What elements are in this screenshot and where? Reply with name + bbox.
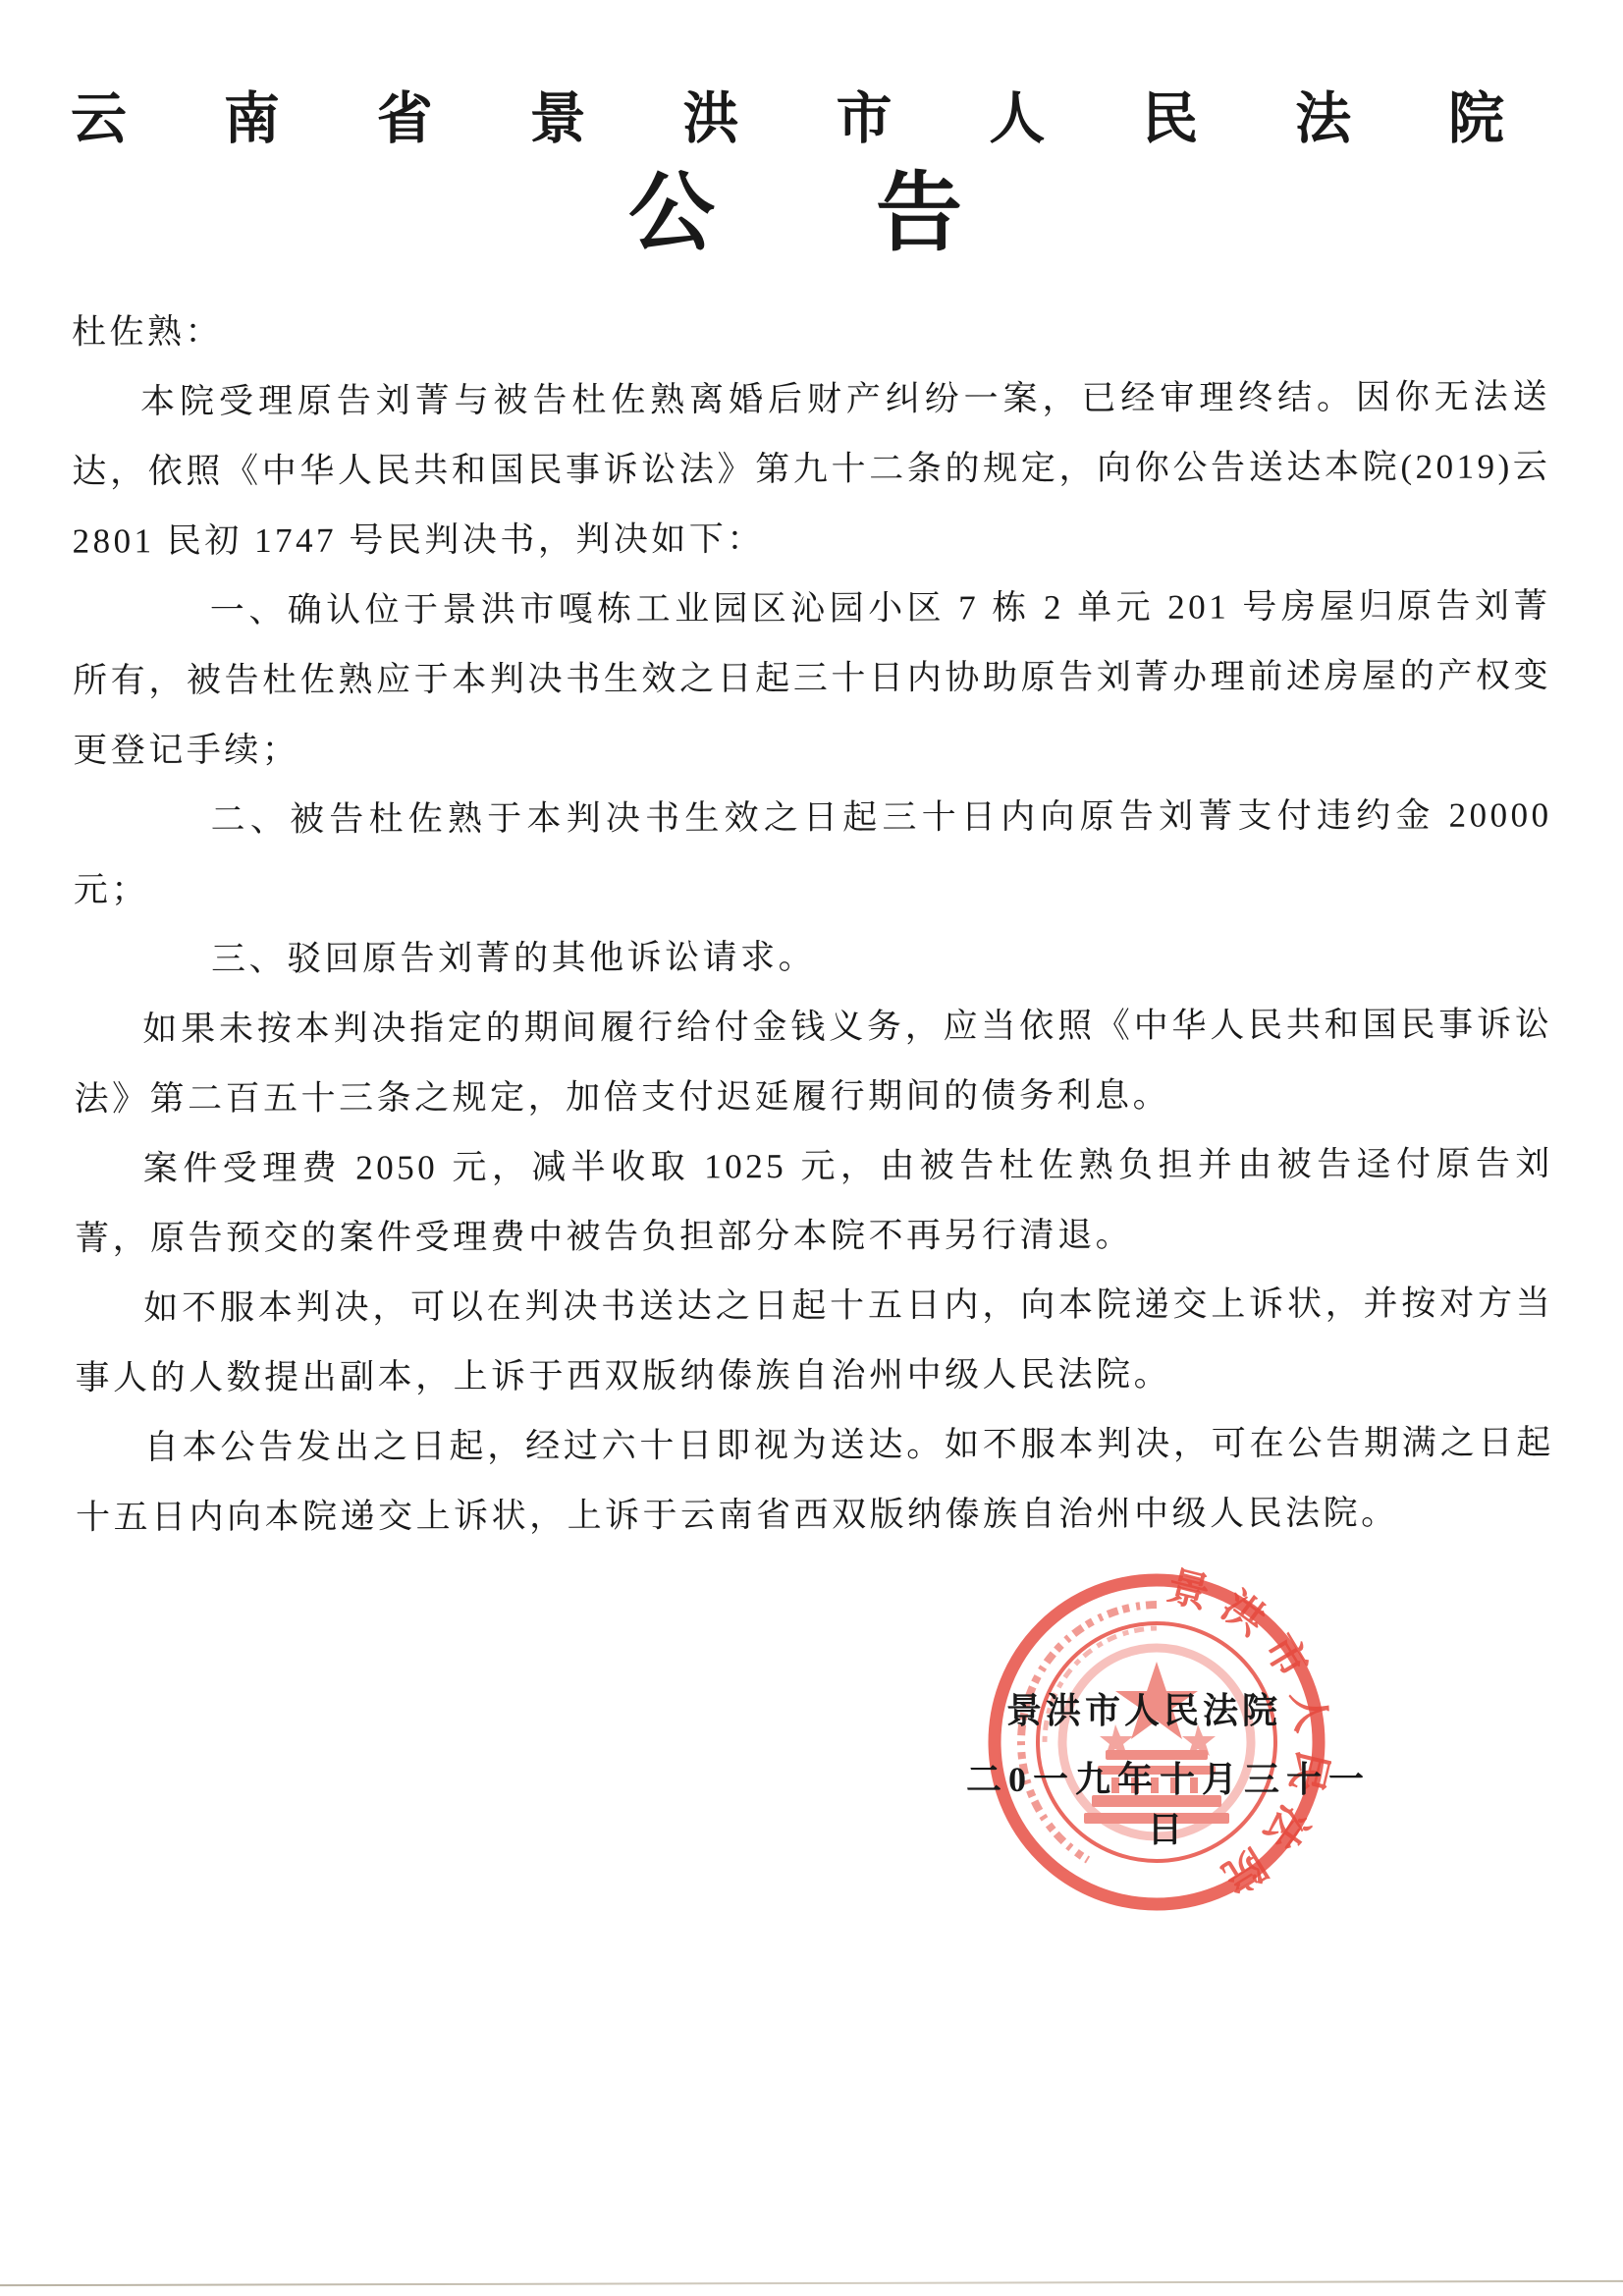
paragraph-judgment-item-2: 二、被告杜佐熟于本判决书生效之日起三十日内向原告刘菁支付违约金 20000 元； (74, 780, 1552, 924)
paragraph-intro: 本院受理原告刘菁与被告杜佐熟离婚后财产纠纷一案，已经审理终结。因你无法送达，依照… (72, 361, 1551, 575)
page-edge-line (0, 2280, 1623, 2286)
salutation: 杜佐熟： (72, 292, 1550, 366)
notice-body: 杜佐熟： 本院受理原告刘菁与被告杜佐熟离婚后财产纠纷一案，已经审理终结。因你无法… (72, 292, 1554, 1552)
paragraph-judgment-item-3: 三、驳回原告刘菁的其他诉讼请求。 (74, 919, 1552, 994)
signature-date: 二0一九年十月三十一日 (947, 1752, 1389, 1852)
court-seal-graphic: 景洪市人民法院 (982, 1567, 1331, 1917)
signature-court-name: 景洪市人民法院 (987, 1683, 1301, 1733)
court-header-title: 云南省景洪市人民法院 (71, 86, 1504, 153)
document-page: 云南省景洪市人民法院 公告 杜佐熟： 本院受理原告刘菁与被告杜佐熟离婚后财产纠纷… (0, 0, 1623, 2296)
paragraph-interest-clause: 如果未按本判决指定的期间履行给付金钱义务，应当依照《中华人民共和国民事诉讼法》第… (74, 989, 1552, 1133)
paragraph-judgment-item-1: 一、确认位于景洪市嘎栋工业园区沁园小区 7 栋 2 单元 201 号房屋归原告刘… (73, 571, 1552, 785)
paragraph-court-fees: 案件受理费 2050 元，减半收取 1025 元，由被告杜佐熟负担并由被告迳付原… (75, 1128, 1553, 1273)
paragraph-appeal-rights: 如不服本判决，可以在判决书送达之日起十五日内，向本院递交上诉状，并按对方当事人的… (75, 1268, 1553, 1412)
court-seal: 景洪市人民法院 (982, 1567, 1331, 1917)
notice-title: 公告 (628, 165, 962, 264)
paragraph-service-period: 自本公告发出之日起，经过六十日即视为送达。如不服本判决，可在公告期满之日起十五日… (76, 1407, 1554, 1552)
